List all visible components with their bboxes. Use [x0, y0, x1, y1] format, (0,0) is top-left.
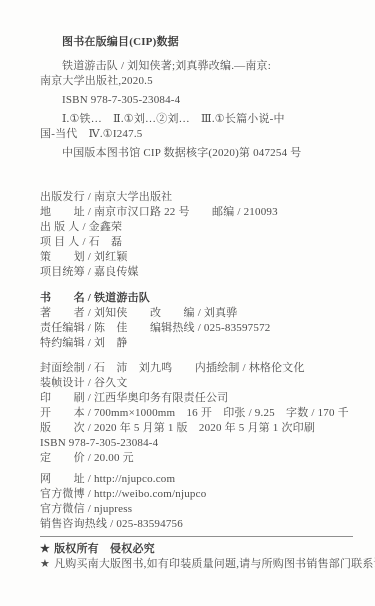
contact-info-line: 销售咨询热线 / 025-83594756 [40, 517, 353, 532]
star-icon: ★ [40, 543, 50, 555]
publisher-info-line: 策 划 / 刘红颖 [40, 250, 353, 265]
exchange-notice: ★凡购买南大版图书,如有印装质量问题,请与所购图书销售部门联系调换 [40, 557, 353, 572]
cip-title-statement-line2: 南京大学出版社,2020.5 [40, 74, 353, 89]
copyright-notice-text: 版权所有 侵权必究 [54, 543, 155, 555]
cip-classification-line1: Ⅰ.①铁… Ⅱ.①刘…②刘… Ⅲ.①长篇小说-中 [40, 112, 353, 127]
cip-section: 图书在版编目(CIP)数据 铁道游击队 / 刘知侠著;刘真骅改编.—南京: 南京… [40, 35, 353, 161]
contact-info-line: 官方微信 / njupress [40, 502, 353, 517]
production-info-line: 封面绘制 / 石 沛 刘九鸣 内插绘制 / 林格伦文化 [40, 361, 353, 376]
publisher-info-line: 出 版 人 / 金鑫荣 [40, 220, 353, 235]
copyright-notice: ★版权所有 侵权必究 [40, 542, 353, 557]
book-info-line: 著 者 / 刘知侠 改 编 / 刘真骅 [40, 306, 353, 321]
book-title-line: 书 名 / 铁道游击队 [40, 291, 353, 306]
contact-info-line: 官方微博 / http://weibo.com/njupco [40, 487, 353, 502]
book-info-section: 书 名 / 铁道游击队 著 者 / 刘知侠 改 编 / 刘真骅 责任编辑 / 陈… [40, 291, 353, 351]
contact-info-section: 网 址 / http://njupco.com 官方微博 / http://we… [40, 472, 353, 532]
publisher-section: 出版发行 / 南京大学出版社 地 址 / 南京市汉口路 22 号 邮编 / 21… [40, 190, 353, 280]
publisher-info-line: 项目统筹 / 嘉良传媒 [40, 265, 353, 280]
cip-title-statement-line1: 铁道游击队 / 刘知侠著;刘真骅改编.—南京: [40, 59, 353, 74]
production-info-line: 印 刷 / 江西华奥印务有限责任公司 [40, 391, 353, 406]
production-price-line: 定 价 / 20.00 元 [40, 451, 353, 466]
copyright-page: 图书在版编目(CIP)数据 铁道游击队 / 刘知侠著;刘真骅改编.—南京: 南京… [0, 0, 375, 606]
star-icon: ★ [40, 558, 50, 570]
production-info-section: 封面绘制 / 石 沛 刘九鸣 内插绘制 / 林格伦文化 装帧设计 / 谷久文 印… [40, 361, 353, 466]
cip-header: 图书在版编目(CIP)数据 [40, 35, 353, 50]
production-info-line: 版 次 / 2020 年 5 月第 1 版 2020 年 5 月第 1 次印刷 [40, 421, 353, 436]
book-info-line: 责任编辑 / 陈 佳 编辑热线 / 025-83597572 [40, 321, 353, 336]
cip-isbn: ISBN 978-7-305-23084-4 [40, 93, 353, 108]
exchange-notice-text: 凡购买南大版图书,如有印装质量问题,请与所购图书销售部门联系调换 [54, 558, 375, 570]
cip-record-number: 中国版本图书馆 CIP 数据核字(2020)第 047254 号 [40, 146, 353, 161]
book-info-line: 特约编辑 / 刘 静 [40, 336, 353, 351]
publisher-info-line: 地 址 / 南京市汉口路 22 号 邮编 / 210093 [40, 205, 353, 220]
notice-section: ★版权所有 侵权必究 ★凡购买南大版图书,如有印装质量问题,请与所购图书销售部门… [40, 542, 353, 572]
production-info-line: 开 本 / 700mm×1000mm 16 开 印张 / 9.25 字数 / 1… [40, 406, 353, 421]
production-isbn-line: ISBN 978-7-305-23084-4 [40, 436, 353, 451]
production-info-line: 装帧设计 / 谷久文 [40, 376, 353, 391]
publisher-info-line: 项 目 人 / 石 磊 [40, 235, 353, 250]
contact-info-line: 网 址 / http://njupco.com [40, 472, 353, 487]
cip-classification-line2: 国-当代 Ⅳ.①I247.5 [40, 127, 353, 142]
divider-rule [40, 536, 353, 537]
publisher-info-line: 出版发行 / 南京大学出版社 [40, 190, 353, 205]
